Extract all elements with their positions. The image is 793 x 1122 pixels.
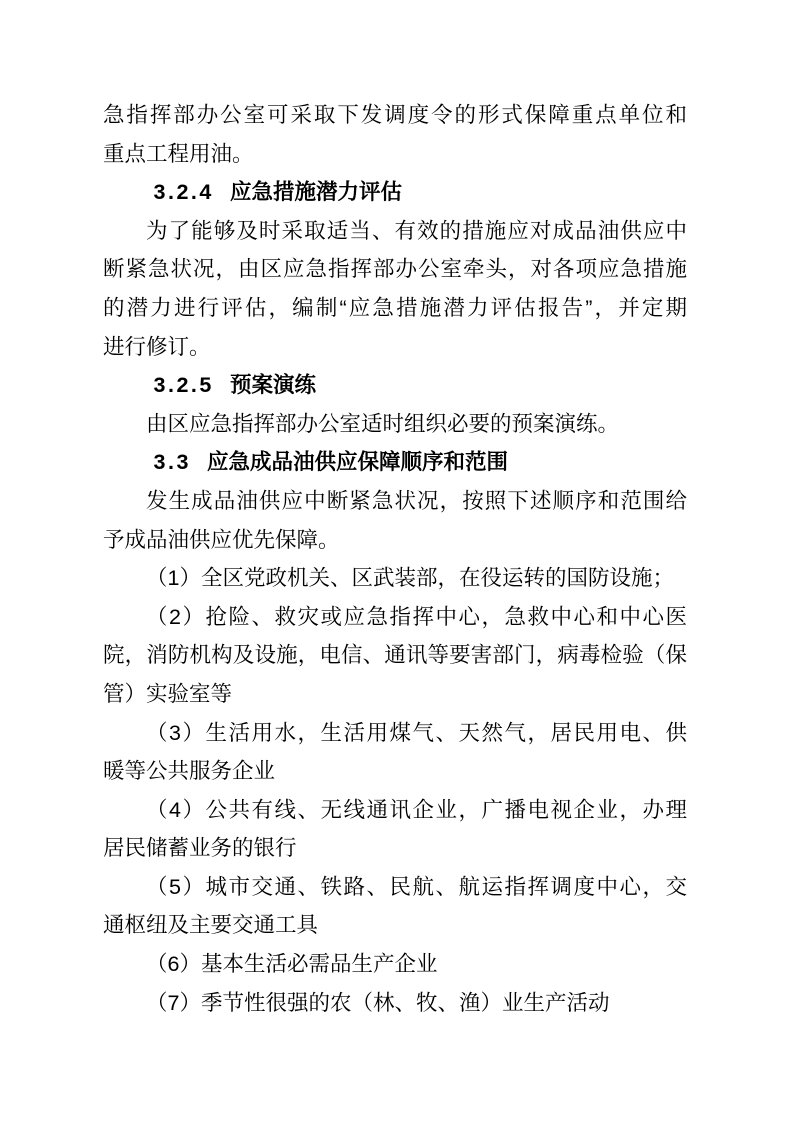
heading-number: 3.2.4 xyxy=(154,180,214,204)
text-line: 管）实验室等 xyxy=(103,675,687,714)
text-line: （5）城市交通、铁路、民航、航运指挥调度中心，交 xyxy=(103,868,687,907)
list-item: （6）基本生活必需品生产企业 xyxy=(103,945,687,984)
paragraph: 为了能够及时采取适当、有效的措施应对成品油供应中 断紧急状况，由区应急指挥部办公… xyxy=(103,212,687,366)
text-line: （4）公共有线、无线通讯企业，广播电视企业，办理 xyxy=(103,791,687,830)
text-line: 通枢纽及主要交通工具 xyxy=(103,906,687,945)
section-heading-3-3: 3.3应急成品油供应保障顺序和范围 xyxy=(103,443,687,482)
heading-line: 3.2.5预案演练 xyxy=(103,366,687,405)
text-line: （2）抢险、救灾或应急指挥中心，急救中心和中心医 xyxy=(103,598,687,637)
heading-line: 3.3应急成品油供应保障顺序和范围 xyxy=(103,443,687,482)
heading-number: 3.3 xyxy=(154,450,191,474)
document-page: 急指挥部办公室可采取下发调度令的形式保障重点单位和 重点工程用油。 3.2.4应… xyxy=(0,0,793,1122)
text-line: 为了能够及时采取适当、有效的措施应对成品油供应中 xyxy=(103,212,687,251)
text-line: （6）基本生活必需品生产企业 xyxy=(103,945,687,984)
list-item: （7）季节性很强的农（林、牧、渔）业生产活动 xyxy=(103,984,687,1023)
text-line: 暖等公共服务企业 xyxy=(103,752,687,791)
text-line: 院，消防机构及设施，电信、通讯等要害部门，病毒检验（保 xyxy=(103,636,687,675)
text-line: （1）全区党政机关、区武装部，在役运转的国防设施； xyxy=(103,559,687,598)
text-line: 急指挥部办公室可采取下发调度令的形式保障重点单位和 xyxy=(103,96,687,135)
heading-number: 3.2.5 xyxy=(154,373,214,397)
section-heading-3-2-4: 3.2.4应急措施潜力评估 xyxy=(103,173,687,212)
list-item: （2）抢险、救灾或应急指挥中心，急救中心和中心医 院，消防机构及设施，电信、通讯… xyxy=(103,598,687,714)
page-content: 急指挥部办公室可采取下发调度令的形式保障重点单位和 重点工程用油。 3.2.4应… xyxy=(103,96,687,1022)
text-line: 的潜力进行评估，编制“应急措施潜力评估报告”，并定期 xyxy=(103,289,687,328)
section-heading-3-2-5: 3.2.5预案演练 xyxy=(103,366,687,405)
paragraph: 发生成品油供应中断紧急状况，按照下述顺序和范围给 予成品油供应优先保障。 xyxy=(103,482,687,559)
text-line: 进行修订。 xyxy=(103,328,687,367)
text-line: （3）生活用水，生活用煤气、天然气，居民用电、供 xyxy=(103,714,687,753)
list-item: （4）公共有线、无线通讯企业，广播电视企业，办理 居民储蓄业务的银行 xyxy=(103,791,687,868)
text-line: 断紧急状况，由区应急指挥部办公室牵头，对各项应急措施 xyxy=(103,250,687,289)
list-item: （3）生活用水，生活用煤气、天然气，居民用电、供 暖等公共服务企业 xyxy=(103,714,687,791)
text-line: 重点工程用油。 xyxy=(103,135,687,174)
list-item: （5）城市交通、铁路、民航、航运指挥调度中心，交 通枢纽及主要交通工具 xyxy=(103,868,687,945)
text-line: （7）季节性很强的农（林、牧、渔）业生产活动 xyxy=(103,984,687,1023)
heading-title: 应急成品油供应保障顺序和范围 xyxy=(207,450,508,474)
heading-line: 3.2.4应急措施潜力评估 xyxy=(103,173,687,212)
paragraph: 由区应急指挥部办公室适时组织必要的预案演练。 xyxy=(103,405,687,444)
text-line: 发生成品油供应中断紧急状况，按照下述顺序和范围给 xyxy=(103,482,687,521)
heading-title: 预案演练 xyxy=(230,373,316,397)
paragraph-continuation: 急指挥部办公室可采取下发调度令的形式保障重点单位和 重点工程用油。 xyxy=(103,96,687,173)
text-line: 由区应急指挥部办公室适时组织必要的预案演练。 xyxy=(103,405,687,444)
heading-title: 应急措施潜力评估 xyxy=(230,180,402,204)
text-line: 予成品油供应优先保障。 xyxy=(103,521,687,560)
list-item: （1）全区党政机关、区武装部，在役运转的国防设施； xyxy=(103,559,687,598)
text-line: 居民储蓄业务的银行 xyxy=(103,829,687,868)
